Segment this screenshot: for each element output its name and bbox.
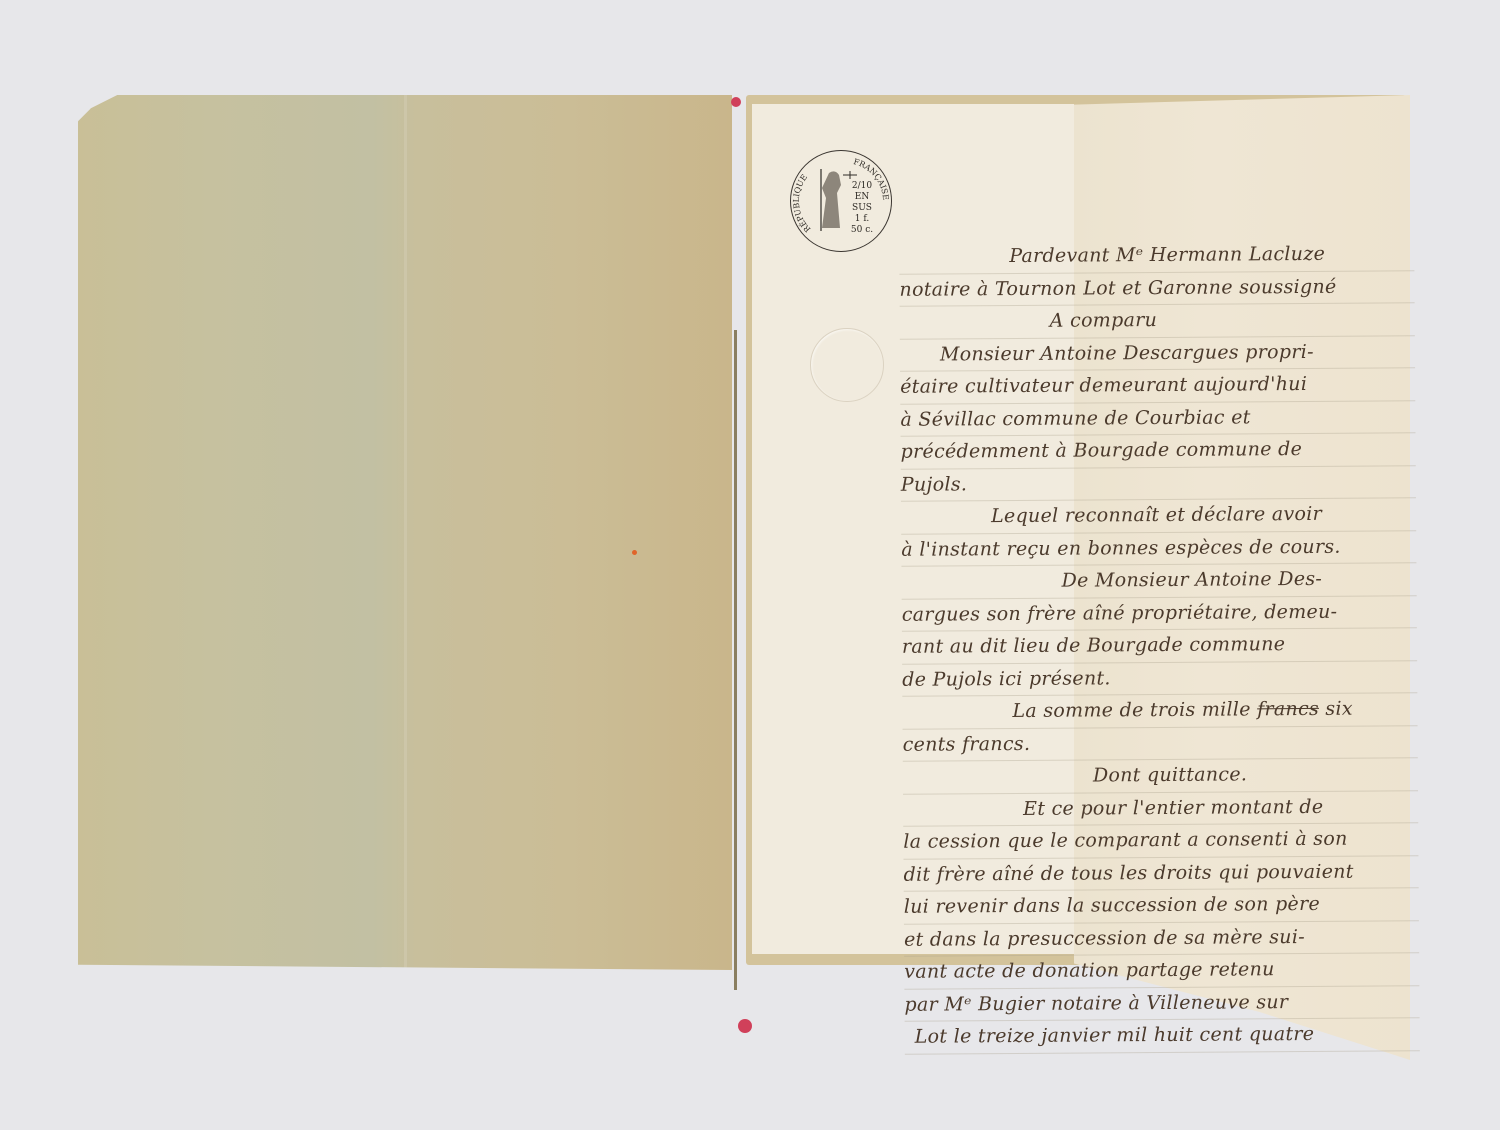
manuscript-line: lui revenir dans la succession de son pè… — [904, 888, 1419, 924]
manuscript-line-text: par Mᵉ Bugier notaire à Villeneuve sur — [904, 991, 1288, 1016]
cover-fold-crease — [404, 95, 407, 970]
manuscript-line-text: de Pujols ici présent. — [902, 667, 1111, 690]
struck-word: francs — [1257, 698, 1319, 720]
stamp-value-centimes: 50 c. — [847, 225, 877, 236]
stamp-value-fraction: 2/10 — [847, 181, 877, 192]
manuscript-line-text: La somme de trois mille — [1012, 698, 1251, 722]
manuscript-line: De Monsieur Antoine Des- — [901, 563, 1416, 599]
thread-knot-bottom — [738, 1019, 752, 1033]
manuscript-line-text: De Monsieur Antoine Des- — [1061, 568, 1322, 592]
manuscript-line: Monsieur Antoine Descargues propri- — [900, 336, 1415, 372]
svg-text:RÉPUBLIQUE: RÉPUBLIQUE — [792, 173, 813, 234]
manuscript-line-text: dit frère aîné de tous les droits qui po… — [904, 860, 1354, 885]
manuscript-line-text: précédemment à Bourgade commune de — [901, 438, 1303, 463]
manuscript-line: Lequel reconnaît et déclare avoir — [901, 498, 1416, 534]
manuscript-line: Lot le treize janvier mil huit cent quat… — [905, 1018, 1420, 1054]
manuscript-line-text: Pujols. — [901, 473, 967, 495]
manuscript-line-text: étaire cultivateur demeurant aujourd'hui — [900, 373, 1307, 398]
manuscript-line: vant acte de donation partage retenu — [904, 953, 1419, 989]
manuscript-line: A comparu — [900, 303, 1415, 339]
manuscript-line-text: la cession que le comparant a consenti à… — [903, 828, 1347, 853]
manuscript-line: cargues son frère aîné propriétaire, dem… — [902, 596, 1417, 632]
manuscript-line-text: Et ce pour l'entier montant de — [1023, 795, 1323, 819]
thread-knot-top — [731, 97, 741, 107]
stamp-value-en-sus: EN SUS — [847, 192, 877, 214]
manuscript-line-text: cargues son frère aîné propriétaire, dem… — [902, 600, 1338, 625]
manuscript-line-text: et dans la presuccession de sa mère sui- — [904, 925, 1305, 950]
manuscript-line: Dont quittance. — [903, 758, 1418, 794]
manuscript-line: Pardevant Mᵉ Hermann Lacluze — [899, 238, 1414, 274]
manuscript-line: à Sévillac commune de Courbiac et — [900, 401, 1415, 437]
manuscript-line-text: A comparu — [1050, 309, 1158, 332]
manuscript-line: précédemment à Bourgade commune de — [901, 433, 1416, 469]
manuscript-line: Pujols. — [901, 466, 1416, 502]
handwritten-text: Pardevant Mᵉ Hermann Lacluzenotaire à To… — [899, 238, 1420, 1054]
manuscript-line: et dans la presuccession de sa mère sui- — [904, 921, 1419, 957]
embossed-seal — [810, 328, 884, 402]
manuscript-line-text: Lequel reconnaît et déclare avoir — [991, 503, 1322, 527]
manuscript-line-text: rant au dit lieu de Bourgade commune — [902, 633, 1285, 658]
manuscript-line-text: vant acte de donation partage retenu — [904, 958, 1275, 983]
manuscript-line-text: à Sévillac commune de Courbiac et — [900, 406, 1250, 430]
manuscript-line-text: Dont quittance. — [1093, 763, 1247, 786]
manuscript-line: rant au dit lieu de Bourgade commune — [902, 628, 1417, 664]
stamp-values: 2/10 EN SUS 1 f. 50 c. — [847, 181, 877, 236]
manuscript-line: de Pujols ici présent. — [902, 661, 1417, 697]
left-cover-panel — [78, 95, 732, 970]
manuscript-line-text: lui revenir dans la succession de son pè… — [904, 893, 1320, 918]
revenue-stamp: RÉPUBLIQUE FRANÇAISE 2/10 EN SUS 1 f. 50… — [790, 150, 892, 252]
manuscript-line: par Mᵉ Bugier notaire à Villeneuve sur — [904, 986, 1419, 1022]
manuscript-line: cents francs. — [903, 726, 1418, 762]
manuscript-line-text: Pardevant Mᵉ Hermann Lacluze — [1009, 243, 1325, 267]
manuscript-line: La somme de trois mille francs six — [902, 693, 1417, 729]
manuscript-line: Et ce pour l'entier montant de — [903, 791, 1418, 827]
manuscript-line-text: cents francs. — [903, 732, 1031, 755]
manuscript-line-tail: six — [1319, 698, 1353, 720]
manuscript-line: notaire à Tournon Lot et Garonne soussig… — [899, 271, 1414, 307]
manuscript-line: la cession que le comparant a consenti à… — [903, 823, 1418, 859]
manuscript-line-text: Monsieur Antoine Descargues propri- — [940, 340, 1314, 365]
binding-thread — [734, 330, 737, 990]
manuscript-line: dit frère aîné de tous les droits qui po… — [903, 856, 1418, 892]
manuscript-line-text: à l'instant reçu en bonnes espèces de co… — [901, 535, 1341, 560]
manuscript-line: à l'instant reçu en bonnes espèces de co… — [901, 531, 1416, 567]
stamp-value-francs: 1 f. — [847, 214, 877, 225]
orange-stain-spot — [632, 550, 637, 555]
manuscript-line-text: Lot le treize janvier mil huit cent quat… — [915, 1023, 1315, 1048]
manuscript-line: étaire cultivateur demeurant aujourd'hui — [900, 368, 1415, 404]
manuscript-line-text: notaire à Tournon Lot et Garonne soussig… — [899, 275, 1336, 300]
